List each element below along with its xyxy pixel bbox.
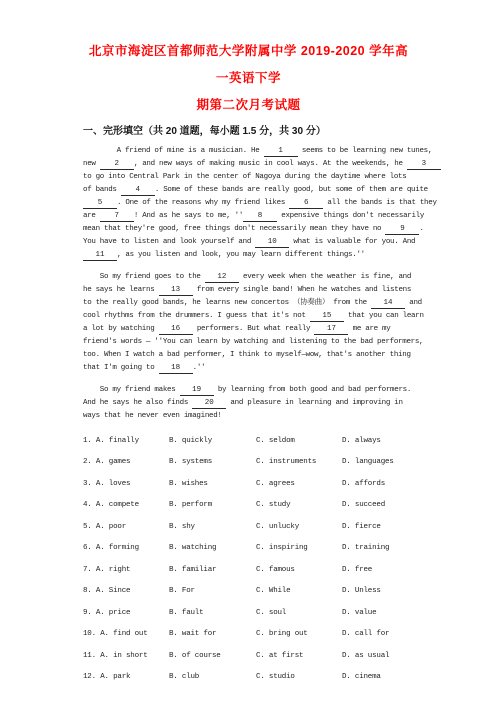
- text-line: to go into Central Park in the center of…: [83, 171, 414, 184]
- document-content: 北京市海淀区首都师范大学附属中学 2019-2020 学年高一英语下学 期第二次…: [83, 0, 414, 688]
- section-heading: 一、完形填空（共 20 道题，每小题 1.5 分，共 30 分）: [83, 125, 414, 139]
- question-number: 10.: [83, 630, 100, 638]
- option-b: B. wait for: [169, 630, 256, 638]
- option-a: 9. A. price: [83, 609, 169, 617]
- text-line: So my friend goes to the 12 every week w…: [83, 271, 414, 284]
- option-b: B. club: [169, 673, 256, 681]
- blank-slot-5: 5: [83, 198, 117, 209]
- blank-slot-19: 19: [180, 385, 214, 396]
- option-a: 10. A. find out: [83, 630, 169, 638]
- option-b: B. shy: [169, 523, 256, 531]
- blank-slot-2: 2: [100, 159, 134, 170]
- question-row: 1. A. finallyB. quicklyC. seldomD. alway…: [83, 430, 414, 452]
- paragraph: So my friend goes to the 12 every week w…: [83, 271, 414, 375]
- text-line: are 7! And as he says to me, ''8 expensi…: [83, 210, 414, 223]
- option-a: 8. A. Since: [83, 587, 169, 595]
- text-line: A friend of mine is a musician. He 1 see…: [83, 145, 414, 158]
- option-c: C. agrees: [256, 480, 342, 488]
- text-line: too. When I watch a bad performer, I thi…: [83, 349, 414, 362]
- question-row: 4. A. competeB. performC. studyD. succee…: [83, 495, 414, 517]
- option-c: C. unlucky: [256, 523, 342, 531]
- option-c: C. study: [256, 501, 342, 509]
- option-a: 11. A. in short: [83, 652, 169, 660]
- blank-slot-8: 8: [243, 211, 277, 222]
- page-title-line-1: 北京市海淀区首都师范大学附属中学 2019-2020 学年高一英语下学: [83, 38, 414, 92]
- option-d: D. call for: [342, 630, 414, 638]
- option-d: D. cinema: [342, 673, 414, 681]
- question-row: 9. A. priceB. faultC. soulD. value: [83, 602, 414, 624]
- question-number: 6.: [83, 544, 96, 552]
- question-row: 5. A. poorB. shyC. unluckyD. fierce: [83, 516, 414, 538]
- option-c: C. While: [256, 587, 342, 595]
- question-number: 7.: [83, 566, 96, 574]
- paragraph: A friend of mine is a musician. He 1 see…: [83, 145, 414, 262]
- question-number: 11.: [83, 652, 100, 660]
- option-a: 2. A. games: [83, 458, 169, 466]
- blank-slot-3: 3: [407, 159, 441, 170]
- question-row: 8. A. SinceB. ForC. WhileD. Unless: [83, 581, 414, 603]
- option-d: D. training: [342, 544, 414, 552]
- question-list: 1. A. finallyB. quicklyC. seldomD. alway…: [83, 430, 414, 688]
- text-line: to the really good bands, he learns new …: [83, 297, 414, 310]
- option-c: C. famous: [256, 566, 342, 574]
- text-line: ways that he never even imagined!: [83, 410, 414, 423]
- question-number: 12.: [83, 673, 100, 681]
- text-line: he says he learns 13 from every single b…: [83, 284, 414, 297]
- option-a: 3. A. loves: [83, 480, 169, 488]
- option-a: 4. A. compete: [83, 501, 169, 509]
- option-a: 6. A. forming: [83, 544, 169, 552]
- option-c: C. studio: [256, 673, 342, 681]
- question-number: 2.: [83, 458, 96, 466]
- option-c: C. instruments: [256, 458, 342, 466]
- option-a: 1. A. finally: [83, 437, 169, 445]
- blank-slot-15: 15: [310, 311, 344, 322]
- text-line: that I'm going to 18.'': [83, 362, 414, 375]
- text-line: And he says he also finds 20 and pleasur…: [83, 397, 414, 410]
- blank-slot-4: 4: [121, 185, 155, 196]
- question-row: 3. A. lovesB. wishesC. agreesD. affords: [83, 473, 414, 495]
- blank-slot-18: 18: [159, 363, 193, 374]
- option-d: D. affords: [342, 480, 414, 488]
- text-line: a lot by watching 16 performers. But wha…: [83, 323, 414, 336]
- blank-slot-11: 11: [83, 250, 117, 261]
- option-c: C. seldom: [256, 437, 342, 445]
- blank-slot-12: 12: [205, 272, 239, 283]
- option-b: B. of course: [169, 652, 256, 660]
- option-b: B. watching: [169, 544, 256, 552]
- cloze-passage: A friend of mine is a musician. He 1 see…: [83, 145, 414, 423]
- option-c: C. bring out: [256, 630, 342, 638]
- option-c: C. soul: [256, 609, 342, 617]
- question-row: 7. A. rightB. familiarC. famousD. free: [83, 559, 414, 581]
- option-b: B. fault: [169, 609, 256, 617]
- text-line: friend's words — ''You can learn by watc…: [83, 336, 414, 349]
- question-number: 3.: [83, 480, 96, 488]
- option-b: B. systems: [169, 458, 256, 466]
- option-b: B. perform: [169, 501, 256, 509]
- text-line: You have to listen and look yourself and…: [83, 236, 414, 249]
- exam-document-page: 北京市海淀区首都师范大学附属中学 2019-2020 学年高一英语下学 期第二次…: [0, 0, 496, 702]
- option-b: B. For: [169, 587, 256, 595]
- text-line: 11, as you listen and look, you may lear…: [83, 249, 414, 262]
- option-d: D. free: [342, 566, 414, 574]
- option-d: D. always: [342, 437, 414, 445]
- question-row: 10. A. find outB. wait forC. bring outD.…: [83, 624, 414, 646]
- blank-slot-1: 1: [264, 146, 298, 157]
- option-b: B. wishes: [169, 480, 256, 488]
- question-row: 6. A. formingB. watchingC. inspiringD. t…: [83, 538, 414, 560]
- page-title-line-2: 期第二次月考试题: [83, 92, 414, 119]
- blank-slot-6: 6: [289, 198, 323, 209]
- option-d: D. succeed: [342, 501, 414, 509]
- option-a: 5. A. poor: [83, 523, 169, 531]
- text-line: new 2, and new ways of making music in c…: [83, 158, 414, 171]
- blank-slot-17: 17: [314, 324, 348, 335]
- question-number: 8.: [83, 587, 96, 595]
- page-title: 北京市海淀区首都师范大学附属中学 2019-2020 学年高一英语下学 期第二次…: [83, 0, 414, 119]
- question-number: 4.: [83, 501, 96, 509]
- blank-slot-13: 13: [159, 285, 193, 296]
- paragraph: So my friend makes 19 by learning from b…: [83, 384, 414, 423]
- blank-slot-14: 14: [371, 298, 405, 309]
- option-d: D. as usual: [342, 652, 414, 660]
- blank-slot-10: 10: [255, 237, 289, 248]
- option-b: B. familiar: [169, 566, 256, 574]
- option-c: C. inspiring: [256, 544, 342, 552]
- question-number: 5.: [83, 523, 96, 531]
- option-c: C. at first: [256, 652, 342, 660]
- text-line: So my friend makes 19 by learning from b…: [83, 384, 414, 397]
- question-number: 9.: [83, 609, 96, 617]
- option-a: 7. A. right: [83, 566, 169, 574]
- text-line: 5. One of the reasons why my friend like…: [83, 197, 414, 210]
- option-d: D. Unless: [342, 587, 414, 595]
- option-d: D. fierce: [342, 523, 414, 531]
- blank-slot-9: 9: [385, 224, 419, 235]
- question-number: 1.: [83, 437, 96, 445]
- option-d: D. languages: [342, 458, 414, 466]
- blank-slot-16: 16: [159, 324, 193, 335]
- option-a: 12. A. park: [83, 673, 169, 681]
- option-b: B. quickly: [169, 437, 256, 445]
- option-d: D. value: [342, 609, 414, 617]
- blank-slot-20: 20: [192, 398, 226, 409]
- question-row: 12. A. parkB. clubC. studioD. cinema: [83, 667, 414, 689]
- text-line: cool rhythms from the drummers. I guess …: [83, 310, 414, 323]
- question-row: 11. A. in shortB. of courseC. at firstD.…: [83, 645, 414, 667]
- text-line: mean that they're good, free things don'…: [83, 223, 414, 236]
- text-line: of bands 4. Some of these bands are real…: [83, 184, 414, 197]
- blank-slot-7: 7: [100, 211, 134, 222]
- question-row: 2. A. gamesB. systemsC. instrumentsD. la…: [83, 452, 414, 474]
